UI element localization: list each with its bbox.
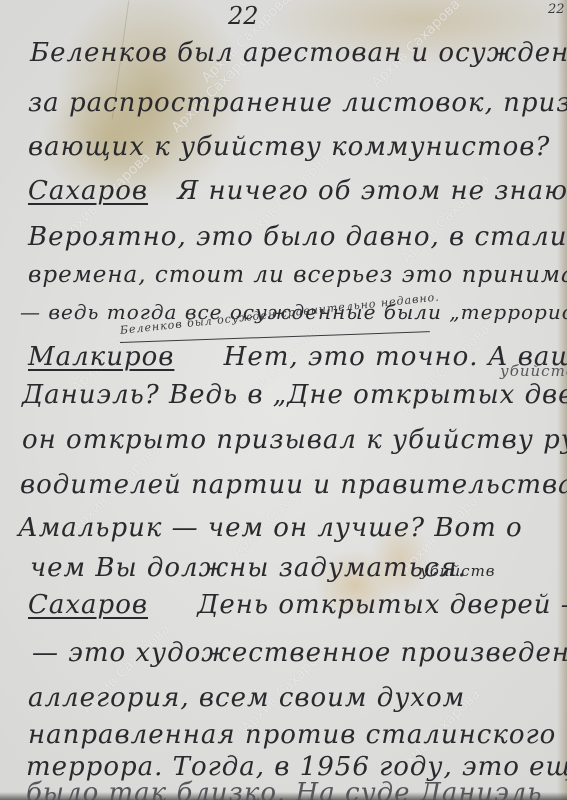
- manuscript-line: направленная против сталинского: [28, 720, 556, 750]
- page-number-archival: 22: [548, 2, 565, 17]
- manuscript-line: чем Вы должны задуматься.: [30, 553, 467, 583]
- manuscript-line: Беленков был арестован и осужден: [30, 38, 567, 68]
- manuscript-line: аллегория, всем своим духом: [28, 683, 465, 713]
- manuscript-line: вающих к убийству коммунистов?: [28, 132, 550, 162]
- speaker-name: Сахаров: [28, 176, 148, 206]
- manuscript-line: он открыто призывал к убийству руко-: [22, 425, 567, 455]
- speaker-name: Сахаров: [28, 590, 148, 620]
- manuscript-line: Амальрик — чем он лучше? Вот о: [18, 513, 523, 543]
- manuscript-line: Вероятно, это было давно, в сталинские: [28, 222, 567, 252]
- line-text: День открытых дверей —: [197, 590, 567, 620]
- line-text: Я ничего об этом не знаю.: [177, 176, 567, 206]
- manuscript-line: Даниэль? Ведь в „Дне открытых дверей“: [22, 380, 567, 410]
- manuscript-line: водителей партии и правительства. А: [20, 470, 567, 500]
- manuscript-page: Архив Сахарова Архив Сахарова Архив Саха…: [0, 0, 567, 800]
- manuscript-line: за распространение листовок, призы-: [28, 88, 567, 118]
- margin-insertion: убийств: [420, 562, 496, 580]
- manuscript-line: Сахаров День открытых дверей —: [28, 590, 567, 620]
- manuscript-line: Сахаров Я ничего об этом не знаю.: [28, 176, 567, 206]
- margin-insertion: убийств: [500, 362, 567, 380]
- speaker-name: Малкиров: [28, 342, 174, 372]
- manuscript-line: Малкиров Нет, это точно. А ваш: [28, 342, 567, 372]
- manuscript-line: было так близко. На суде Даниэль: [26, 778, 543, 800]
- manuscript-line: — это художественное произведение,: [32, 638, 567, 668]
- page-number-handwritten: 22: [228, 2, 259, 30]
- manuscript-line: времена, стоит ли всерьез это принимать: [28, 262, 567, 288]
